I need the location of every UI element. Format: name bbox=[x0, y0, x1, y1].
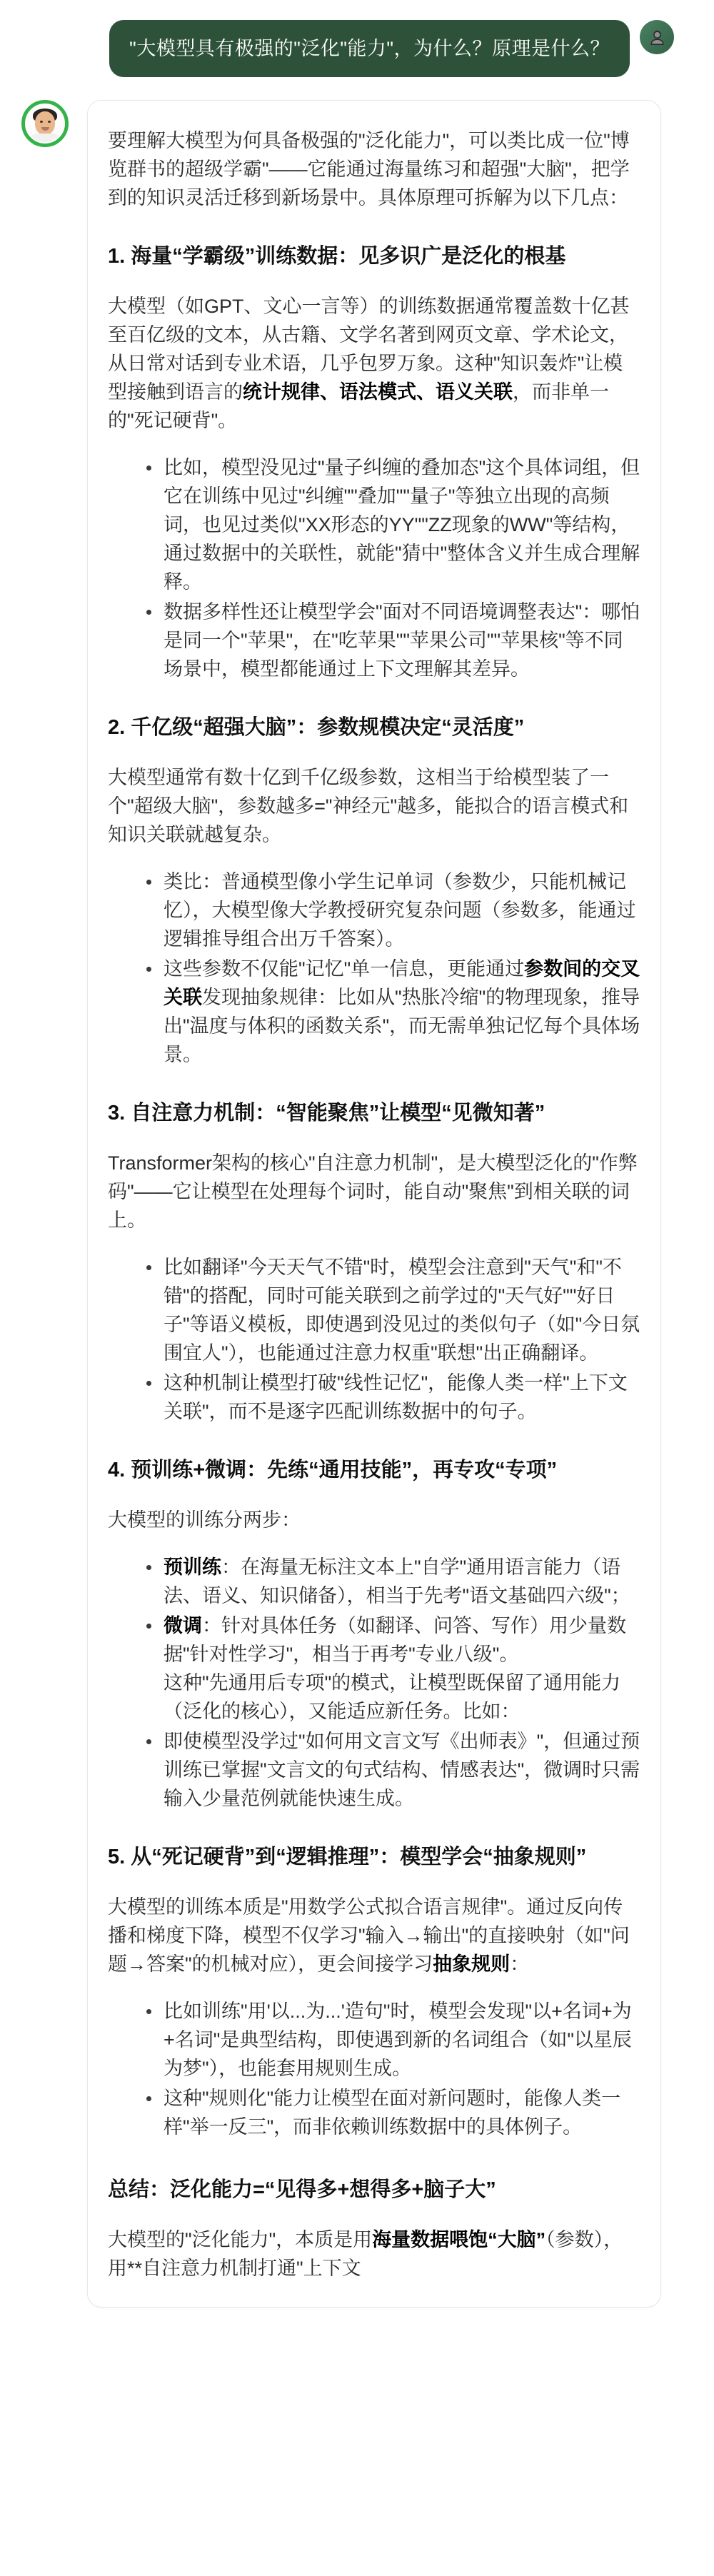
list-item: 预训练：在海量无标注文本上"自学"通用语言能力（语法、语义、知识储备），相当于先… bbox=[164, 1553, 640, 1610]
assistant-avatar bbox=[21, 100, 69, 147]
section-3-heading: 3. 自注意力机制：“智能聚焦”让模型“见微知著” bbox=[108, 1099, 640, 1127]
list-item: 这种"规则化"能力让模型在面对新问题时，能像人类一样"举一反三"，而非依赖训练数… bbox=[164, 2084, 640, 2141]
assistant-message-card: 要理解大模型为何具备极强的"泛化能力"，可以类比成一位"博览群书的超级学霸"——… bbox=[87, 100, 661, 2308]
user-avatar bbox=[640, 20, 674, 54]
assistant-message-row: 要理解大模型为何具备极强的"泛化能力"，可以类比成一位"博览群书的超级学霸"——… bbox=[0, 100, 714, 2308]
intro-paragraph: 要理解大模型为何具备极强的"泛化能力"，可以类比成一位"博览群书的超级学霸"——… bbox=[108, 126, 640, 212]
user-message-row: "大模型具有极强的"泛化"能力"，为什么？原理是什么？ bbox=[0, 0, 714, 77]
section-3-list: 比如翻译"今天天气不错"时，模型会注意到"天气"和"不错"的搭配，同时可能关联到… bbox=[108, 1253, 640, 1426]
section-5-paragraph: 大模型的训练本质是"用数学公式拟合语言规律"。通过反向传播和梯度下降，模型不仅学… bbox=[108, 1893, 640, 1978]
section-2-list: 类比：普通模型像小学生记单词（参数少，只能机械记忆），大模型像大学教授研究复杂问… bbox=[108, 867, 640, 1069]
list-item: 比如训练"用'以...为...'造句"时，模型会发现"以+名词+为+名词"是典型… bbox=[164, 1997, 640, 2083]
section-5-list: 比如训练"用'以...为...'造句"时，模型会发现"以+名词+为+名词"是典型… bbox=[108, 1997, 640, 2141]
summary-heading: 总结：泛化能力=“见得多+想得多+脑子大” bbox=[108, 2175, 640, 2204]
section-4-heading: 4. 预训练+微调：先练“通用技能”，再专攻“专项” bbox=[108, 1456, 640, 1484]
list-item: 类比：普通模型像小学生记单词（参数少，只能机械记忆），大模型像大学教授研究复杂问… bbox=[164, 867, 640, 953]
list-item: 这些参数不仅能"记忆"单一信息，更能通过参数间的交叉关联发现抽象规律：比如从"热… bbox=[164, 955, 640, 1069]
man-photo-avatar bbox=[26, 105, 64, 142]
section-1-list: 比如，模型没见过"量子纠缠的叠加态"这个具体词组，但它在训练中见过"纠缠""叠加… bbox=[108, 453, 640, 683]
section-2-paragraph: 大模型通常有数十亿到千亿级参数，这相当于给模型装了一个"超级大脑"，参数越多="… bbox=[108, 763, 640, 849]
list-item: 微调：针对具体任务（如翻译、问答、写作）用少量数据"针对性学习"，相当于再考"专… bbox=[164, 1611, 640, 1726]
list-item: 即使模型没学过"如何用文言文写《出师表》"，但通过预训练已掌握"文言文的句式结构… bbox=[164, 1727, 640, 1813]
list-item: 比如，模型没见过"量子纠缠的叠加态"这个具体词组，但它在训练中见过"纠缠""叠加… bbox=[164, 453, 640, 596]
section-1-paragraph: 大模型（如GPT、文心一言等）的训练数据通常覆盖数十亿甚至百亿级的文本，从古籍、… bbox=[108, 292, 640, 435]
summary-paragraph: 大模型的"泛化能力"，本质是用海量数据喂饱“大脑”（参数），用**自注意力机制打… bbox=[108, 2225, 640, 2283]
section-5-heading: 5. 从“死记硬背”到“逻辑推理”：模型学会“抽象规则” bbox=[108, 1843, 640, 1871]
person-icon bbox=[648, 28, 667, 47]
section-2-heading: 2. 千亿级“超强大脑”：参数规模决定“灵活度” bbox=[108, 713, 640, 742]
section-4-paragraph: 大模型的训练分两步： bbox=[108, 1506, 640, 1534]
section-4-list: 预训练：在海量无标注文本上"自学"通用语言能力（语法、语义、知识储备），相当于先… bbox=[108, 1553, 640, 1813]
user-message-bubble: "大模型具有极强的"泛化"能力"，为什么？原理是什么？ bbox=[109, 20, 630, 77]
list-item: 这种机制让模型打破"线性记忆"，能像人类一样"上下文关联"，而不是逐字匹配训练数… bbox=[164, 1369, 640, 1426]
chat-page: "大模型具有极强的"泛化"能力"，为什么？原理是什么？ 要理解大模型为何具备极强… bbox=[0, 0, 714, 2350]
list-item: 比如翻译"今天天气不错"时，模型会注意到"天气"和"不错"的搭配，同时可能关联到… bbox=[164, 1253, 640, 1367]
list-item: 数据多样性还让模型学会"面对不同语境调整表达"：哪怕是同一个"苹果"，在"吃苹果… bbox=[164, 598, 640, 683]
section-3-paragraph: Transformer架构的核心"自注意力机制"，是大模型泛化的"作弊码"——它… bbox=[108, 1149, 640, 1234]
section-1-heading: 1. 海量“学霸级”训练数据：见多识广是泛化的根基 bbox=[108, 242, 640, 271]
